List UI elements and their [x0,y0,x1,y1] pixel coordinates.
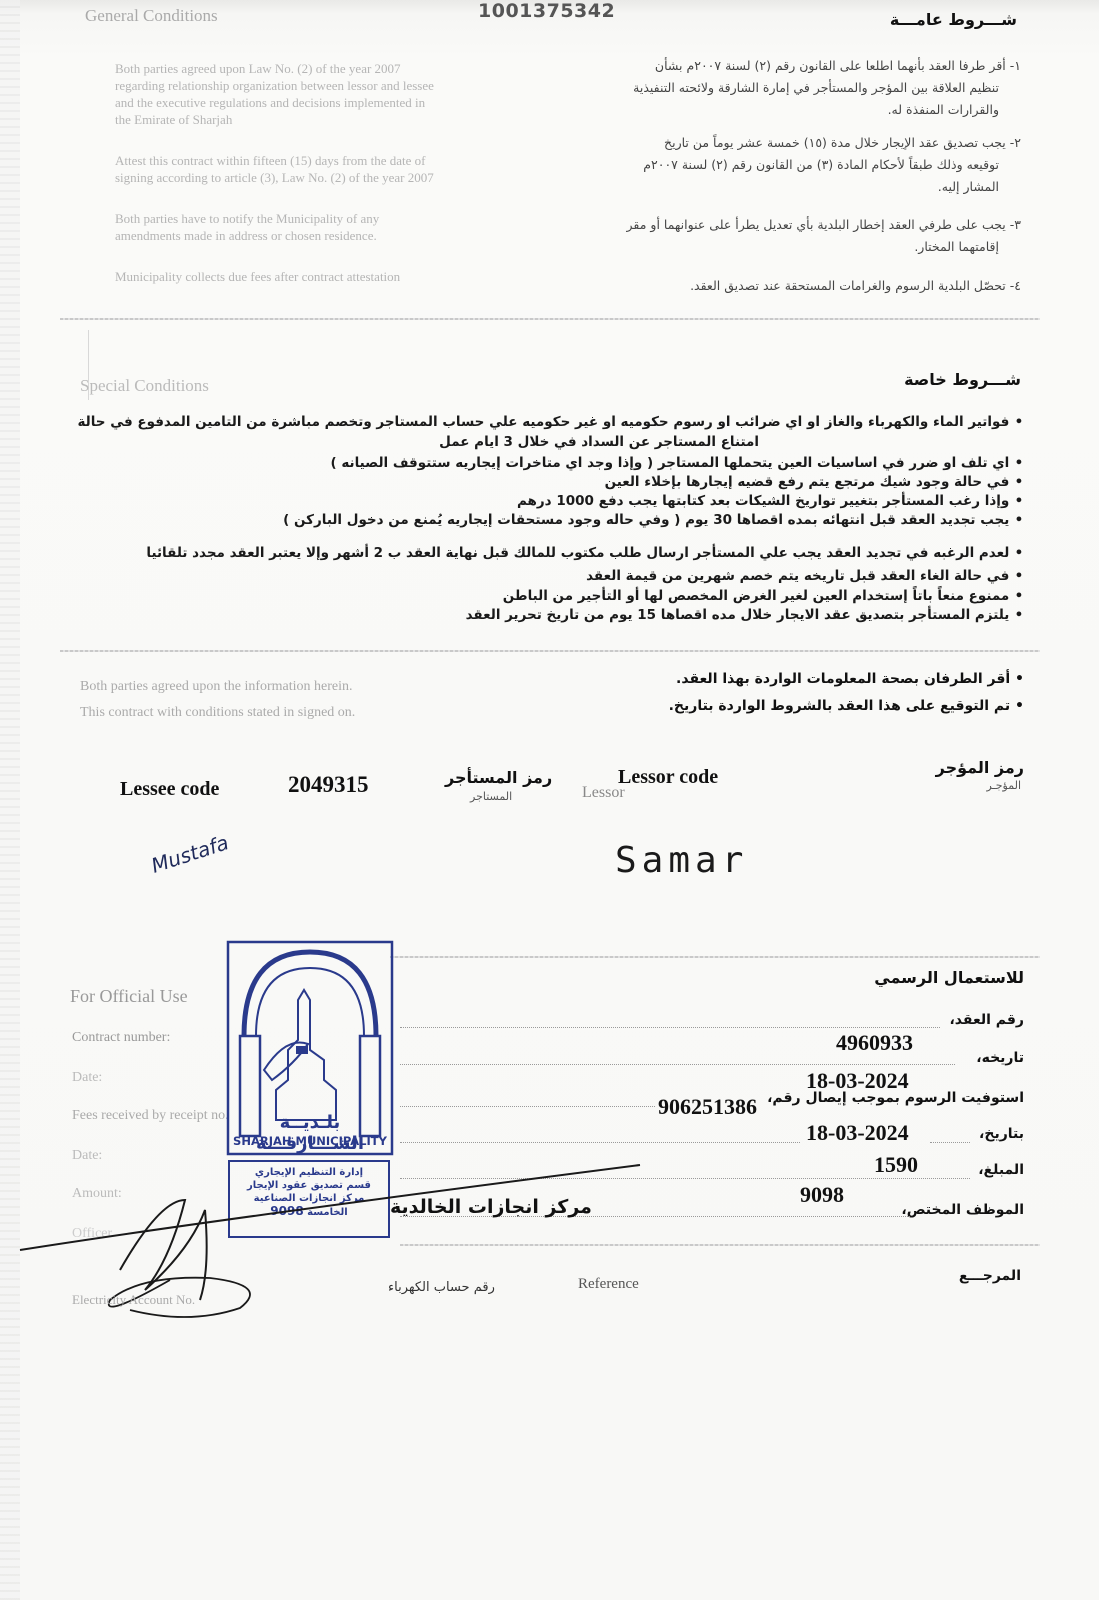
special-condition-7: • في حالة الغاء العقد قبل تاريخه يتم خصم… [586,568,1024,584]
date-label-en: Date: [72,1070,102,1086]
contract-number-label-ar: رقم العقد، [949,1012,1024,1028]
binding-edge [0,0,20,1600]
contract-date-label-ar: تاريخه، [976,1050,1024,1066]
lessee-signature: Mustafa [148,830,231,877]
contract-number-value: 4960933 [836,1030,913,1056]
section-divider [60,318,1040,320]
text-line: Municipality collects due fees after con… [115,268,525,285]
item-number: ٤- [1010,278,1021,293]
reference-label-en: Reference [578,1276,639,1293]
general-conditions-title-en: General Conditions [85,6,218,26]
fees-received-label-en: Fees received by receipt no. [72,1108,229,1124]
text-line: This contract with conditions stated in … [80,700,355,726]
dotted-line [400,1142,800,1143]
section-divider [60,650,1040,652]
text-line: Both parties agreed upon the information… [80,674,355,700]
special-condition-1: • فواتير الماء والكهرباء والغاز او اي ضر… [77,414,1024,430]
contract-number-label-en: Contract number: [72,1030,170,1046]
text-line: amendments made in address or chosen res… [115,227,525,244]
text-line: اي تلف او ضرر في اساسيات العين يتحملها ا… [330,455,1009,471]
general-condition-ar-4: ٤- تحصّل البلدية الرسوم والغرامات المستح… [581,275,1021,297]
text-line: يجب على طرفي العقد إخطار البلدية بأي تعد… [627,217,1006,232]
general-condition-en-3: Both parties have to notify the Municipa… [115,210,525,244]
text-line: the Emirate of Sharjah [115,111,525,128]
text-line: في حالة وجود شيك مرتجع يتم رفع قضيه إيجا… [605,474,1010,490]
receipt-date-value: 18-03-2024 [806,1120,909,1146]
special-condition-8: • ممنوع منعاً باتاً إستخدام العين لغير ا… [503,588,1024,604]
dotted-line [930,1142,970,1143]
general-condition-ar-3: ٣- يجب على طرفي العقد إخطار البلدية بأي … [581,214,1021,258]
text-line: يجب تصديق عقد الإيجار خلال مدة (١٥) خمسة… [664,135,1006,150]
amount-label-ar: المبلغ، [978,1162,1024,1178]
lessee-code-label-ar: رمز المستأجر [445,768,552,787]
lessee-label-ar: المستاجر [470,790,512,803]
amount-value: 1590 [874,1152,918,1178]
general-condition-en-2: Attest this contract within fifteen (15)… [115,152,525,186]
special-conditions-title-ar: شـــروط خاصة [904,370,1021,389]
dotted-line [400,1106,655,1107]
special-condition-2: • اي تلف او ضرر في اساسيات العين يتحملها… [330,455,1024,471]
special-condition-9: • يلتزم المستأجر بتصديق عقد الايجار خلال… [466,607,1024,623]
lessee-code-value: 2049315 [288,772,369,798]
lessor-label-ar: المؤجـر [986,779,1021,792]
electricity-account-label-en: Electricity Account No. [72,1292,195,1308]
lessor-code-label-ar: رمز المؤجر [936,758,1024,777]
agreement-ar: • أقر الطرفان بصحة المعلومات الواردة بهذ… [669,666,1024,720]
special-condition-1b: امتناع المستاجر عن السداد في خلال 3 ايام… [439,434,759,450]
lessor-signature: Samar [615,840,748,881]
text-line: توقيعه وذلك طبقاً لأحكام المادة (٣) من ا… [581,154,1021,176]
officer-label-ar: الموظف المختص، [901,1202,1024,1218]
contract-serial-number: 1001375342 [478,0,615,22]
contract-page: General Conditions 1001375342 شـــروط عا… [0,0,1099,1600]
text-line: ممنوع منعاً باتاً إستخدام العين لغير الغ… [503,588,1010,604]
text-line: signing according to article (3), Law No… [115,169,525,186]
text-line: فواتير الماء والكهرباء والغاز او اي ضرائ… [77,414,1009,430]
item-number: ٣- [1010,217,1021,232]
official-use-title-ar: للاستعمال الرسمي [874,968,1024,987]
text-line: Attest this contract within fifteen (15)… [115,152,525,169]
special-condition-5: • يجب تجديد العقد قبل انتهائه بمده اقصاه… [283,512,1024,528]
text-line: يلتزم المستأجر بتصديق عقد الايجار خلال م… [466,607,1010,623]
text-line: تم التوقيع على هذا العقد بالشروط الواردة… [669,698,1011,714]
receipt-number-value: 906251386 [658,1094,757,1120]
text-line: وإذا رغب المستأجر بتغيير تواريخ الشيكات … [517,493,1009,509]
special-condition-6: • لعدم الرغبه في تجديد العقد يجب علي الم… [146,545,1024,561]
section-divider [400,1244,1040,1246]
text-line: في حالة الغاء العقد قبل تاريخه يتم خصم ش… [586,568,1009,584]
item-number: ٢- [1010,135,1021,150]
reference-label-ar: المرجـــع [959,1268,1021,1284]
text-line: regarding relationship organization betw… [115,77,525,94]
lessee-code-label: Lessee code [120,778,219,801]
text-line: لعدم الرغبه في تجديد العقد يجب علي المست… [146,545,1009,561]
electricity-account-label-ar: رقم حساب الكهرباء [388,1280,495,1295]
agreement-en: Both parties agreed upon the information… [80,674,355,726]
text-line: أقر الطرفان بصحة المعلومات الواردة بهذا … [676,671,1010,687]
general-condition-en-1: Both parties agreed upon Law No. (2) of … [115,60,525,128]
dotted-line [400,1064,955,1065]
lessor-label: Lessor [582,784,625,802]
text-line: Both parties agreed upon Law No. (2) of … [115,60,525,77]
special-condition-4: • وإذا رغب المستأجر بتغيير تواريخ الشيكا… [517,493,1024,509]
text-line: امتناع المستاجر عن السداد في خلال 3 ايام… [439,434,759,450]
section-divider [390,956,1040,958]
special-conditions-title-en: Special Conditions [80,376,209,396]
stamp-name-en: SHARJAH MUNICIPALITY [230,1134,390,1148]
text-line: تنظيم العلاقة بين المؤجر والمستأجر في إم… [581,77,1021,99]
text-line: والقرارات المنفذة له. [581,99,1021,121]
receipt-date-label-ar: بتاريخ، [979,1126,1024,1142]
text-line: المشار إليه. [581,176,1021,198]
general-conditions-title-ar: شـــروط عامـــة [890,10,1017,29]
dotted-line [400,1027,940,1028]
text-line: يجب تجديد العقد قبل انتهائه بمده اقصاها … [283,512,1009,528]
text-line: أقر طرفا العقد بأنهما اطلعا على القانون … [655,58,1006,73]
text-line: تحصّل البلدية الرسوم والغرامات المستحقة … [690,278,1006,293]
text-line: and the executive regulations and decisi… [115,94,525,111]
text-line: إقامتهما المختار. [581,236,1021,258]
officer-value: 9098 [800,1182,844,1208]
official-use-title-en: For Official Use [70,986,188,1007]
text-line: Both parties have to notify the Municipa… [115,210,525,227]
special-condition-3: • في حالة وجود شيك مرتجع يتم رفع قضيه إي… [605,474,1024,490]
general-condition-ar-2: ٢- يجب تصديق عقد الإيجار خلال مدة (١٥) خ… [581,132,1021,198]
general-condition-en-4: Municipality collects due fees after con… [115,268,525,285]
general-condition-ar-1: ١- أقر طرفا العقد بأنهما اطلعا على القان… [581,55,1021,121]
item-number: ١- [1010,58,1021,73]
lessor-code-label: Lessor code [618,766,718,789]
fees-receipt-label-ar: استوفيت الرسوم بموجب إيصال رقم، [767,1090,1024,1106]
